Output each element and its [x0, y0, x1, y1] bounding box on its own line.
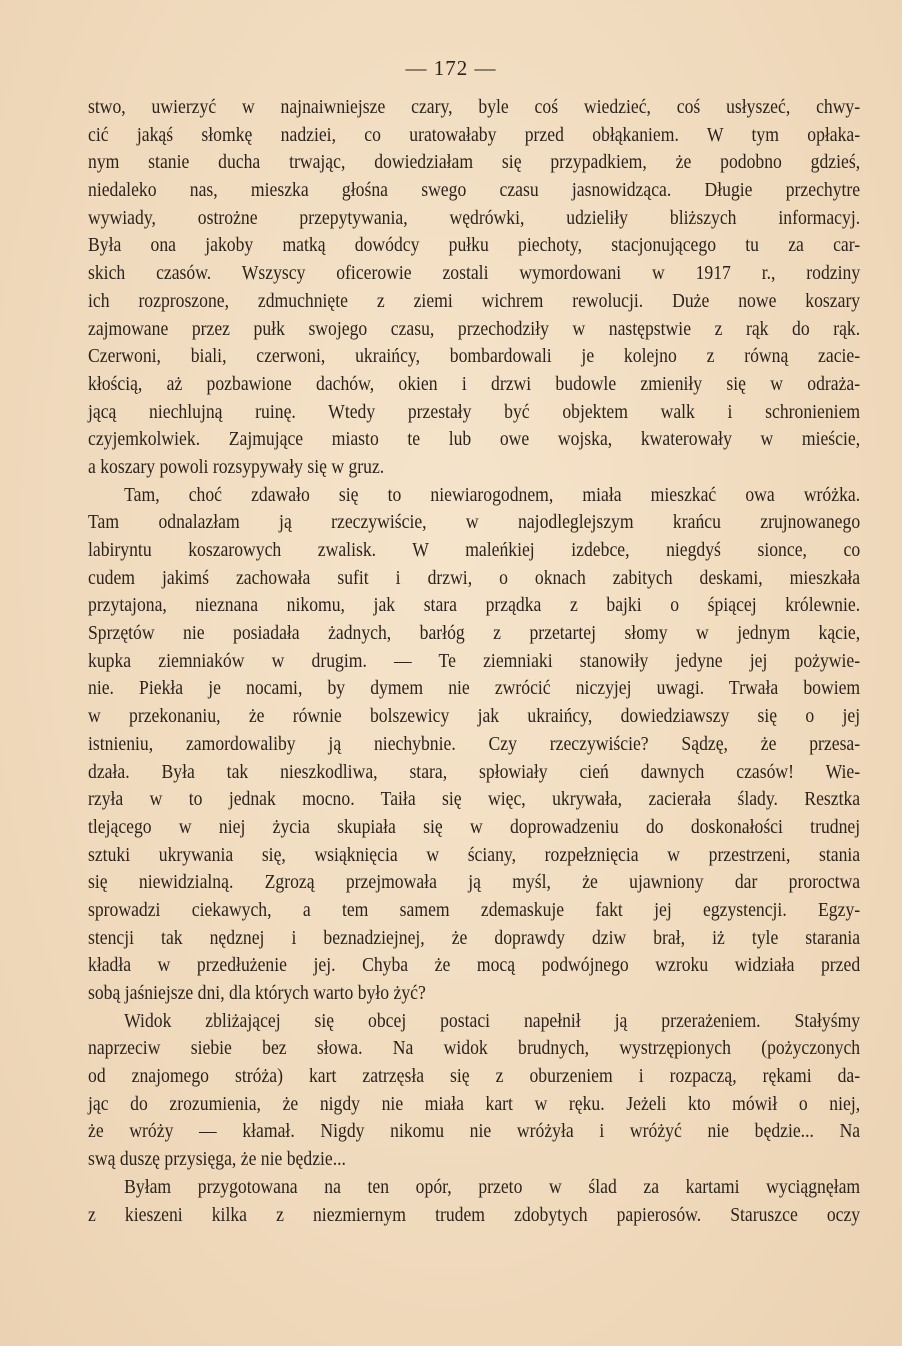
text-line: sprowadzi ciekawych, a tem samem zdemask… — [88, 897, 860, 925]
text-line: Widok zbliżającej się obcej postaci nape… — [88, 1008, 860, 1036]
text-line: z kieszeni kilka z niezmiernym trudem zd… — [88, 1202, 860, 1230]
text-line: niedaleko nas, mieszka głośna swego czas… — [88, 177, 860, 205]
text-line: naprzeciw siebie bez słowa. Na widok bru… — [88, 1035, 860, 1063]
text-line: Tam odnalazłam ją rzeczywiście, w najodl… — [88, 509, 860, 537]
text-line: istnieniu, zamordowaliby ją niechybnie. … — [88, 731, 860, 759]
text-line: Czerwoni, biali, czerwoni, ukraińcy, bom… — [88, 343, 860, 371]
text-line: Tam, choć zdawało się to niewiarogodnem,… — [88, 482, 860, 510]
text-line: Byłam przygotowana na ten opór, przeto w… — [88, 1174, 860, 1202]
text-line: od znajomego stróża) kart zatrzęsła się … — [88, 1063, 860, 1091]
text-line: ich rozproszone, zdmuchnięte z ziemi wic… — [88, 288, 860, 316]
text-line: czyjemkolwiek. Zajmujące miasto te lub o… — [88, 426, 860, 454]
text-line: stencji tak nędznej i beznadziejnej, że … — [88, 925, 860, 953]
text-line: się niewidzialną. Zgrozą przejmowała ją … — [88, 869, 860, 897]
text-line: w przekonaniu, że równie bolszewicy jak … — [88, 703, 860, 731]
text-line: Była ona jakoby matką dowódcy pułku piec… — [88, 232, 860, 260]
text-line: kłością, aż pozbawione dachów, okien i d… — [88, 371, 860, 399]
text-line: skich czasów. Wszyscy oficerowie zostali… — [88, 260, 860, 288]
text-line: sobą jaśniejsze dni, dla których warto b… — [88, 980, 860, 1008]
text-line: że wróży — kłamał. Nigdy nikomu nie wróż… — [88, 1118, 860, 1146]
text-line: nie. Piekła je nocami, by dymem nie zwró… — [88, 675, 860, 703]
text-line: jąc do zrozumienia, że nigdy nie miała k… — [88, 1091, 860, 1119]
page-number: — 172 — — [0, 56, 902, 81]
text-line: kupka ziemniaków w drugim. — Te ziemniak… — [88, 648, 860, 676]
text-line: cić jakąś słomkę nadziei, co uratowałaby… — [88, 122, 860, 150]
text-line: swą duszę przysięga, że nie będzie... — [88, 1146, 860, 1174]
text-line: stwo, uwierzyć w najnaiwniejsze czary, b… — [88, 94, 860, 122]
text-line: przytajona, nieznana nikomu, jak stara p… — [88, 592, 860, 620]
text-line: labiryntu koszarowych zwalisk. W maleńki… — [88, 537, 860, 565]
text-line: rzyła w to jednak mocno. Taiła się więc,… — [88, 786, 860, 814]
text-line: a koszary powoli rozsypywały się w gruz. — [88, 454, 860, 482]
text-line: Sprzętów nie posiadała żadnych, barłóg z… — [88, 620, 860, 648]
text-line: zajmowane przez pułk swojego czasu, prze… — [88, 316, 860, 344]
text-line: kładła w przedłużenie jej. Chyba że mocą… — [88, 952, 860, 980]
text-line: jącą niechlujną ruinę. Wtedy przestały b… — [88, 399, 860, 427]
text-line: tlejącego w niej życia skupiała się w do… — [88, 814, 860, 842]
text-line: wywiady, ostrożne przepytywania, wędrówk… — [88, 205, 860, 233]
text-line: sztuki ukrywania się, wsiąknięcia w ścia… — [88, 842, 860, 870]
text-line: nym stanie ducha trwając, dowiedziałam s… — [88, 149, 860, 177]
body-text: stwo, uwierzyć w najnaiwniejsze czary, b… — [88, 94, 860, 1229]
text-line: cudem jakimś zachowała sufit i drzwi, o … — [88, 565, 860, 593]
text-line: dzała. Była tak nieszkodliwa, stara, spł… — [88, 759, 860, 787]
